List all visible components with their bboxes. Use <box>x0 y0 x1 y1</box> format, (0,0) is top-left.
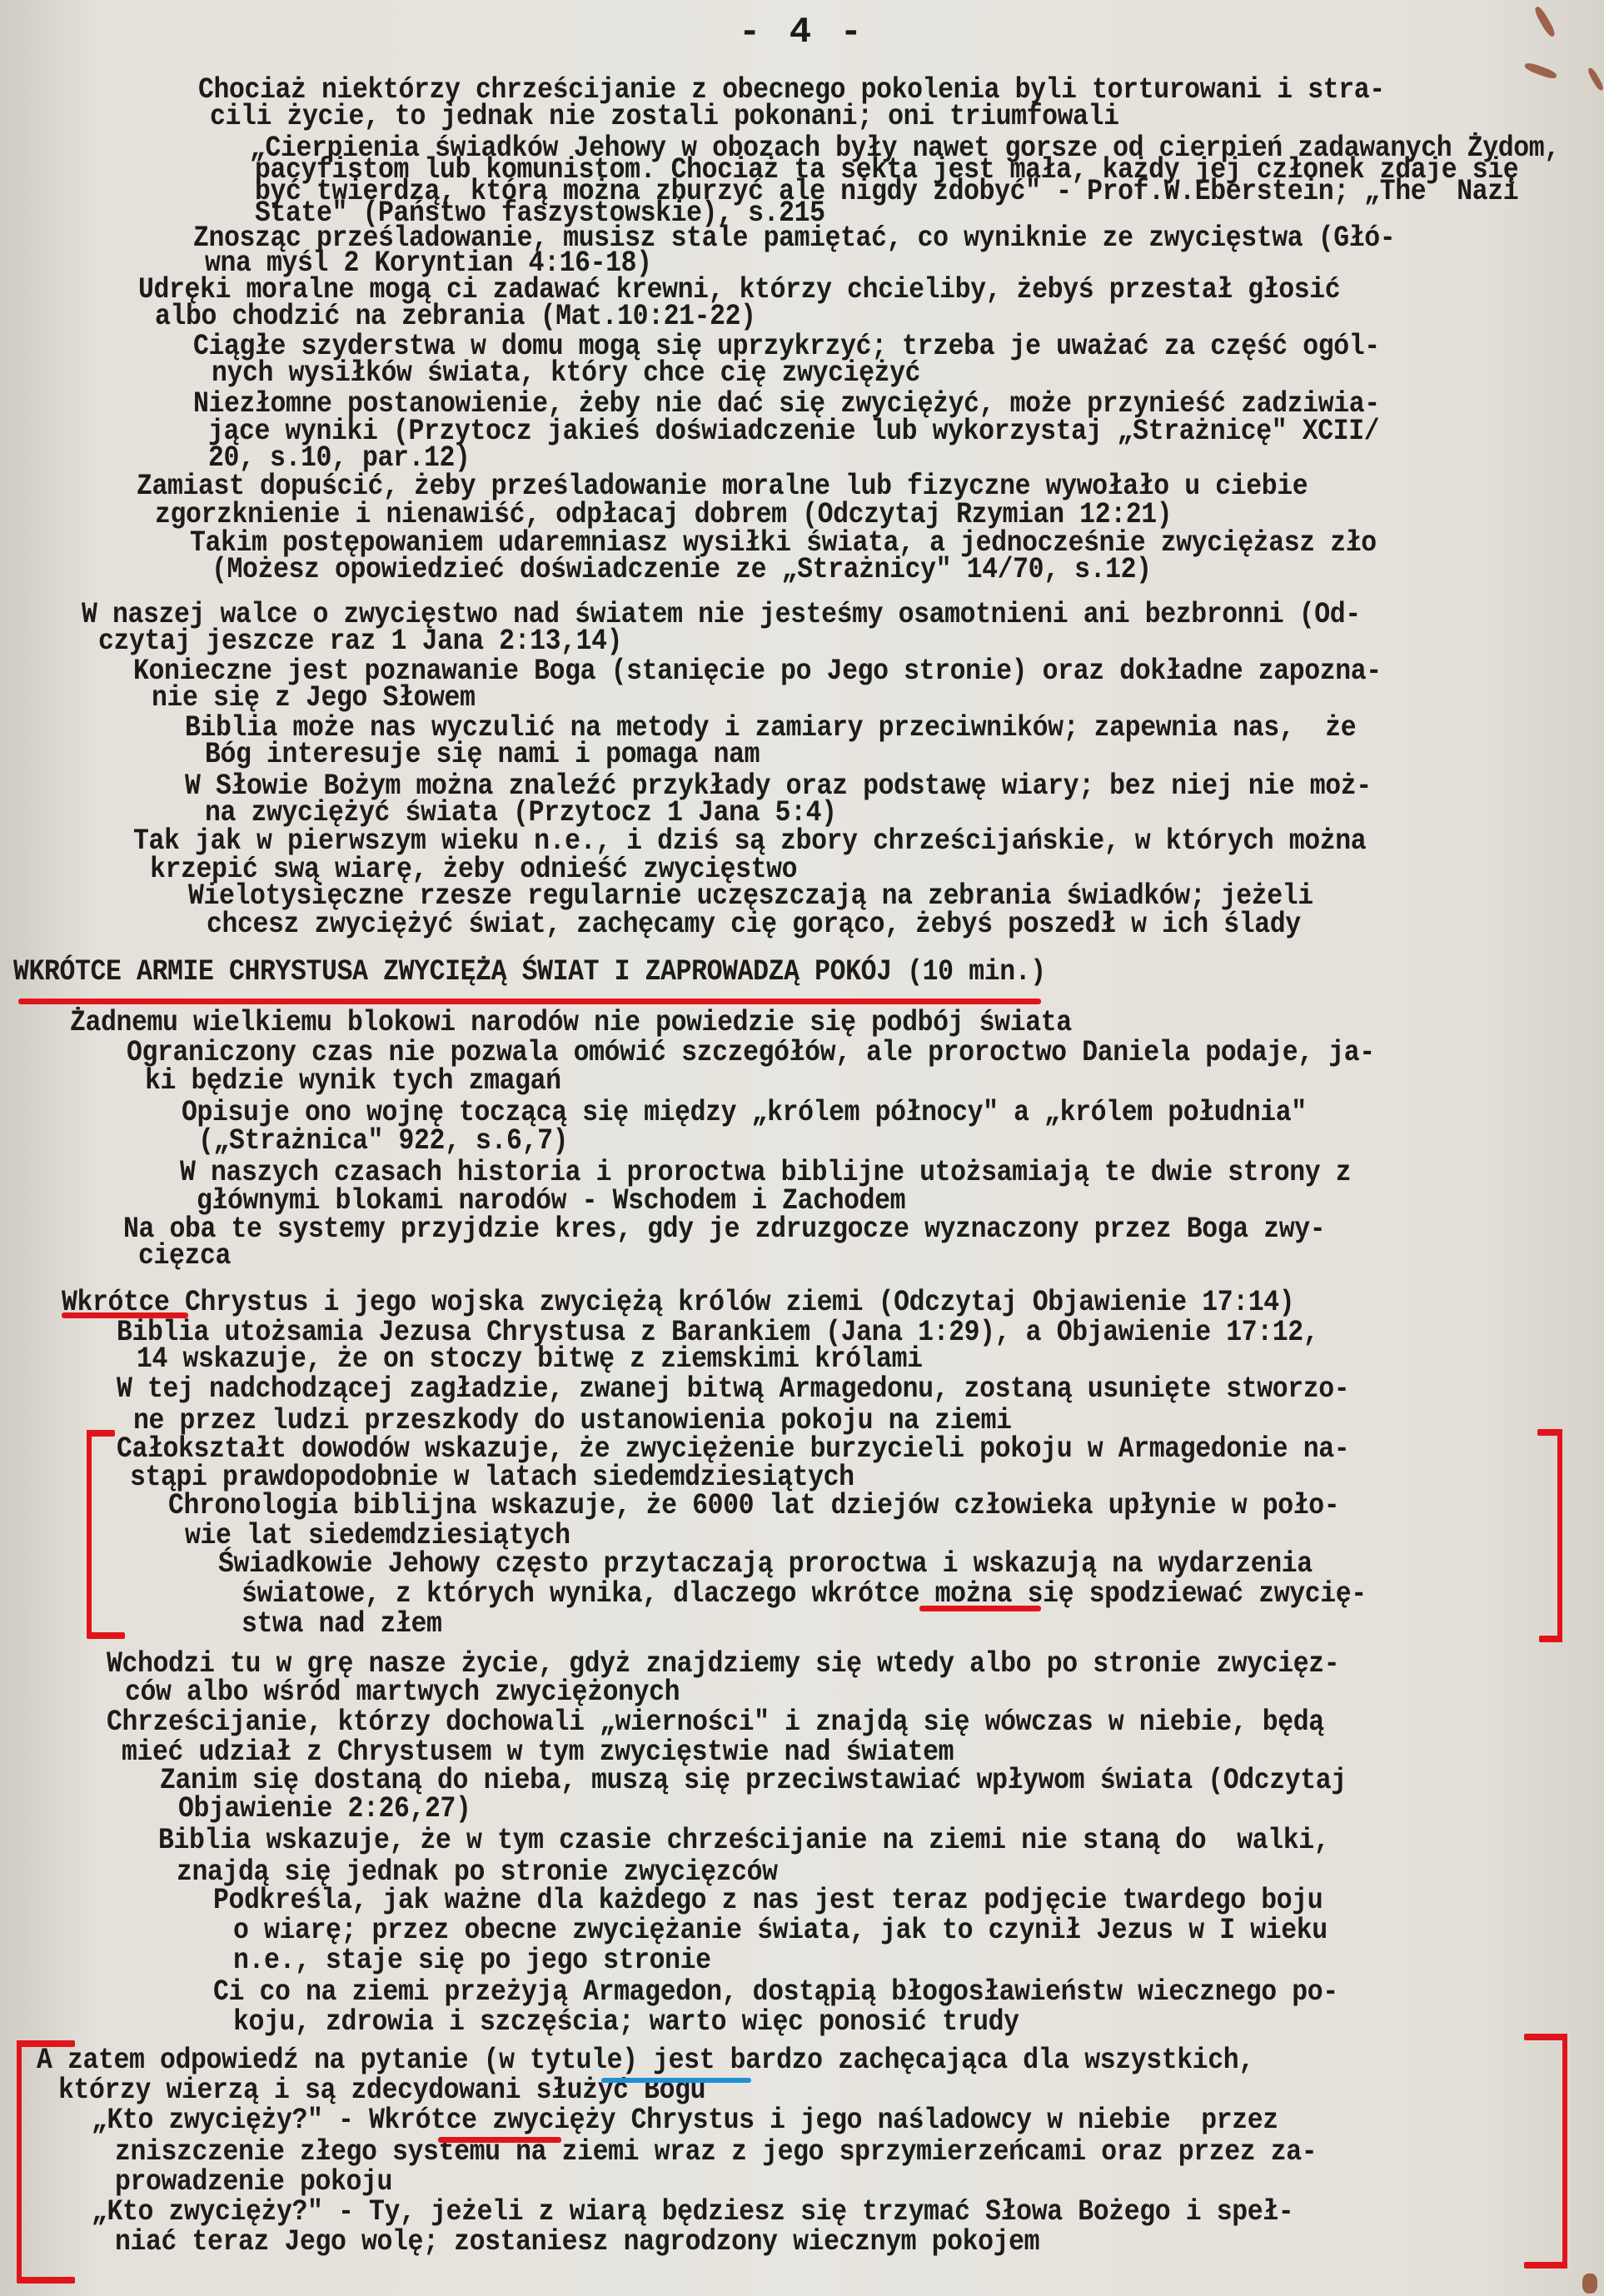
text-line: W tej nadchodzącej zagładzie, zwanej bit… <box>117 1374 1349 1406</box>
text-line: cili życie, to jednak nie zostali pokona… <box>210 102 1119 133</box>
text-line: czytaj jeszcze raz 1 Jana 2:13,14) <box>98 626 622 658</box>
page-number: - 4 - <box>0 12 1604 53</box>
text-line: Żadnemu wielkiemu blokowi narodów nie po… <box>70 1008 1072 1039</box>
text-line: zniszczenie złego systemu na ziemi wraz … <box>115 2137 1317 2169</box>
left-bracket-2 <box>17 2040 22 2282</box>
text-line: Świadkowie Jehowy często przytaczają pro… <box>218 1549 1313 1581</box>
text-line: światowe, z których wynika, dlaczego wkr… <box>242 1579 1367 1611</box>
text-line: Chronologia biblijna wskazuje, że 6000 l… <box>168 1491 1339 1522</box>
text-line: („Strażnica" 922, s.6,7) <box>198 1126 568 1158</box>
text-line: koju, zdrowia i szczęścia; warto więc po… <box>233 2007 1019 2039</box>
text-line: o wiarę; przez obecne zwyciężanie świata… <box>233 1915 1328 1947</box>
w-tytule-blue-underline <box>601 2078 751 2083</box>
text-line: ców albo wśród martwych zwyciężonych <box>125 1677 680 1709</box>
wkrotce-red-underline-3 <box>438 2137 561 2143</box>
left-bracket-1 <box>87 1430 92 1638</box>
text-line: „Kto zwycięży?" - Ty, jeżeli z wiarą będ… <box>92 2197 1293 2229</box>
left-bracket-2-bottom <box>17 2277 75 2284</box>
left-bracket-2-top <box>17 2040 75 2047</box>
text-line: Biblia wskazuje, że w tym czasie chrześc… <box>158 1825 1329 1857</box>
text-line: niać teraz Jego wolę; zostaniesz nagrodz… <box>115 2227 1039 2259</box>
text-line: albo chodzić na zebrania (Mat.10:21-22) <box>155 301 756 333</box>
text-line: chcesz zwyciężyć świat, zachęcamy cię go… <box>207 909 1301 941</box>
right-bracket-1 <box>1557 1429 1562 1642</box>
text-line: Na oba te systemy przyjdzie kres, gdy je… <box>123 1214 1325 1246</box>
text-line: Objawienie 2:26,27) <box>178 1794 471 1825</box>
text-line: nych wysiłków świata, który chce cię zwy… <box>212 358 920 390</box>
text-line: Wkrótce Chrystus i jego wojska zwyciężą … <box>62 1287 1294 1319</box>
rust-stain <box>1523 61 1557 80</box>
right-bracket-2-top <box>1524 2034 1567 2040</box>
text-line: Bóg interesuje się nami i pomaga nam <box>205 740 760 771</box>
section-heading: WKRÓTCE ARMIE CHRYSTUSA ZWYCIĘŻĄ ŚWIAT I… <box>13 956 1046 989</box>
text-line: Ci co na ziemi przeżyją Armagedon, dostą… <box>213 1977 1338 2009</box>
wkrotce-red-underline-2 <box>919 1606 1041 1611</box>
text-line: Chrześcijanie, którzy dochowali „wiernoś… <box>107 1707 1324 1739</box>
right-bracket-1-bottom <box>1539 1636 1562 1642</box>
left-bracket-1-bottom <box>87 1632 125 1639</box>
text-line: prowadzenie pokoju <box>115 2167 392 2199</box>
heading-red-underline <box>18 999 1041 1004</box>
wkrotce-red-underline-1 <box>62 1312 188 1318</box>
text-line: „Kto zwycięży?" - Wkrótce zwycięży Chrys… <box>92 2105 1278 2137</box>
text-line: Podkreśla, jak ważne dla każdego z nas j… <box>213 1885 1323 1917</box>
text-line: nie się z Jego Słowem <box>152 683 476 715</box>
right-bracket-2-bottom <box>1524 2262 1567 2269</box>
text-line: A zatem odpowiedź na pytanie (w tytule) … <box>37 2045 1254 2077</box>
left-bracket-1-top <box>87 1430 115 1437</box>
rust-stain <box>1582 2274 1597 2294</box>
text-line: (Możesz opowiedzieć doświadczenie ze „St… <box>212 555 1152 586</box>
text-line: 14 wskazuje, że on stoczy bitwę z ziemsk… <box>137 1344 923 1376</box>
text-line: stwa nad złem <box>242 1609 442 1641</box>
text-line: n.e., staje się po jego stronie <box>233 1945 711 1977</box>
right-bracket-2 <box>1562 2034 1567 2269</box>
text-line: cięzca <box>138 1241 231 1273</box>
right-bracket-1-top <box>1537 1429 1562 1436</box>
text-line: ki będzie wynik tych zmagań <box>145 1066 561 1098</box>
rust-stain <box>1587 67 1604 92</box>
